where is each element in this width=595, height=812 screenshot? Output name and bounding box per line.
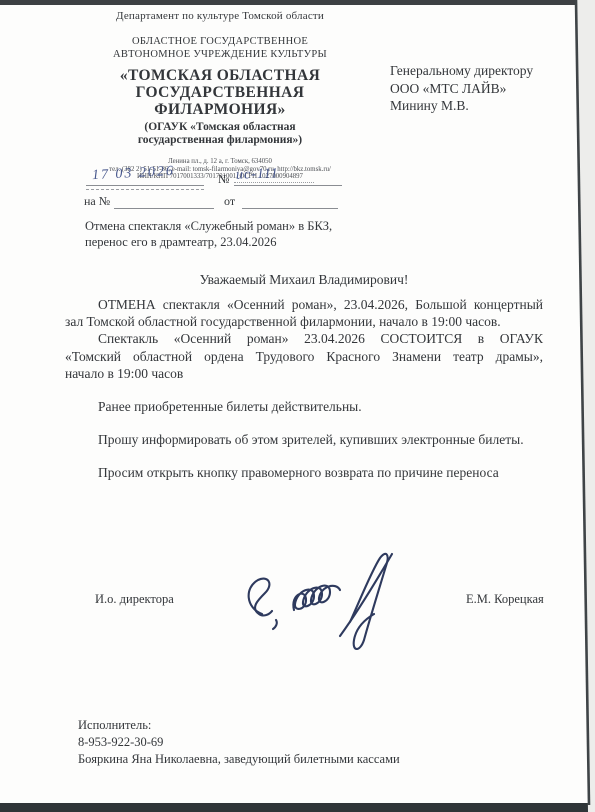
subject-line1: Отмена спектакля «Служебный роман» в БКЗ… bbox=[85, 219, 385, 235]
salutation: Уважаемый Михаил Владимирович! bbox=[65, 272, 543, 288]
subject-line2: перенос его в драмтеатр, 23.04.2026 bbox=[85, 235, 385, 251]
body-p1-line2: зал Томской областной государственной фи… bbox=[65, 313, 543, 330]
signer-position: И.о. директора bbox=[95, 592, 174, 607]
number-label: № bbox=[218, 172, 229, 187]
body-p5: Просим открыть кнопку правомерного возвр… bbox=[65, 464, 543, 481]
letterhead-org-name-line2: ГОСУДАРСТВЕННАЯ bbox=[62, 84, 378, 101]
body-p3: Ранее приобретенные билеты действительны… bbox=[65, 398, 543, 415]
reply-na-label: на № bbox=[84, 194, 110, 209]
subject-block: Отмена спектакля «Служебный роман» в БКЗ… bbox=[85, 219, 385, 250]
date-underline bbox=[86, 185, 204, 186]
executor-person: Бояркина Яна Николаевна, заведующий биле… bbox=[78, 751, 400, 768]
recipient-title: Генеральному директору bbox=[390, 62, 533, 80]
letterhead-org-type-line2: АВТОНОМНОЕ УЧРЕЖДЕНИЕ КУЛЬТУРЫ bbox=[62, 49, 378, 62]
recipient-company: ООО «МТС ЛАЙВ» bbox=[390, 80, 533, 98]
recipient-person: Минину М.В. bbox=[390, 97, 533, 115]
recipient-block: Генеральному директору ООО «МТС ЛАЙВ» Ми… bbox=[390, 62, 533, 115]
letterhead-org-name-line1: «ТОМСКАЯ ОБЛАСТНАЯ bbox=[62, 67, 378, 84]
letterhead-department: Департамент по культуре Томской области bbox=[62, 10, 378, 22]
body-p2-line2: «Томский областной ордена Трудового Крас… bbox=[65, 348, 543, 365]
scan-top-edge bbox=[0, 0, 595, 5]
reply-date-underline bbox=[242, 208, 338, 209]
scanned-letter-page: Департамент по культуре Томской области … bbox=[0, 0, 595, 812]
body-p4: Прошу информировать об этом зрителей, ку… bbox=[65, 431, 543, 448]
body-p2-line3: начало в 19:00 часов bbox=[65, 365, 543, 382]
scan-bottom-edge bbox=[0, 803, 595, 812]
letterhead-org-short-line1: (ОГАУК «Томская областная bbox=[62, 121, 378, 134]
body-p1-line1: ОТМЕНА спектакля «Осенний роман», 23.04.… bbox=[65, 296, 543, 313]
executor-block: Исполнитель: 8-953-922-30-69 Бояркина Ян… bbox=[78, 717, 400, 768]
letterhead-org-short-line2: государственная филармония») bbox=[62, 134, 378, 147]
letterhead-org-name-line3: ФИЛАРМОНИЯ» bbox=[62, 101, 378, 118]
spacer bbox=[65, 382, 543, 398]
reply-ot-label: от bbox=[224, 194, 235, 209]
handwritten-date: 17 03 2026 bbox=[92, 164, 176, 184]
letterhead: Департамент по культуре Томской области … bbox=[62, 10, 378, 181]
letterhead-address-line1: Ленина пл., д. 12 а, г. Томск, 634050 bbox=[62, 158, 378, 166]
signature-handwriting bbox=[232, 548, 412, 658]
letter-body: ОТМЕНА спектакля «Осенний роман», 23.04.… bbox=[65, 296, 543, 482]
letterhead-org-type-line1: ОБЛАСТНОЕ ГОСУДАРСТВЕННОЕ bbox=[62, 36, 378, 49]
signer-name: Е.М. Корецкая bbox=[466, 592, 544, 607]
number-underline bbox=[234, 185, 342, 186]
spacer bbox=[65, 448, 543, 464]
reply-number-underline bbox=[114, 208, 214, 209]
executor-label: Исполнитель: bbox=[78, 717, 400, 734]
date-underline-dashed bbox=[86, 189, 204, 190]
number-underline-dotted bbox=[234, 182, 314, 183]
spacer bbox=[65, 415, 543, 431]
executor-phone: 8-953-922-30-69 bbox=[78, 734, 400, 751]
body-p2-line1: Спектакль «Осенний роман» 23.04.2026 СОС… bbox=[65, 330, 543, 347]
